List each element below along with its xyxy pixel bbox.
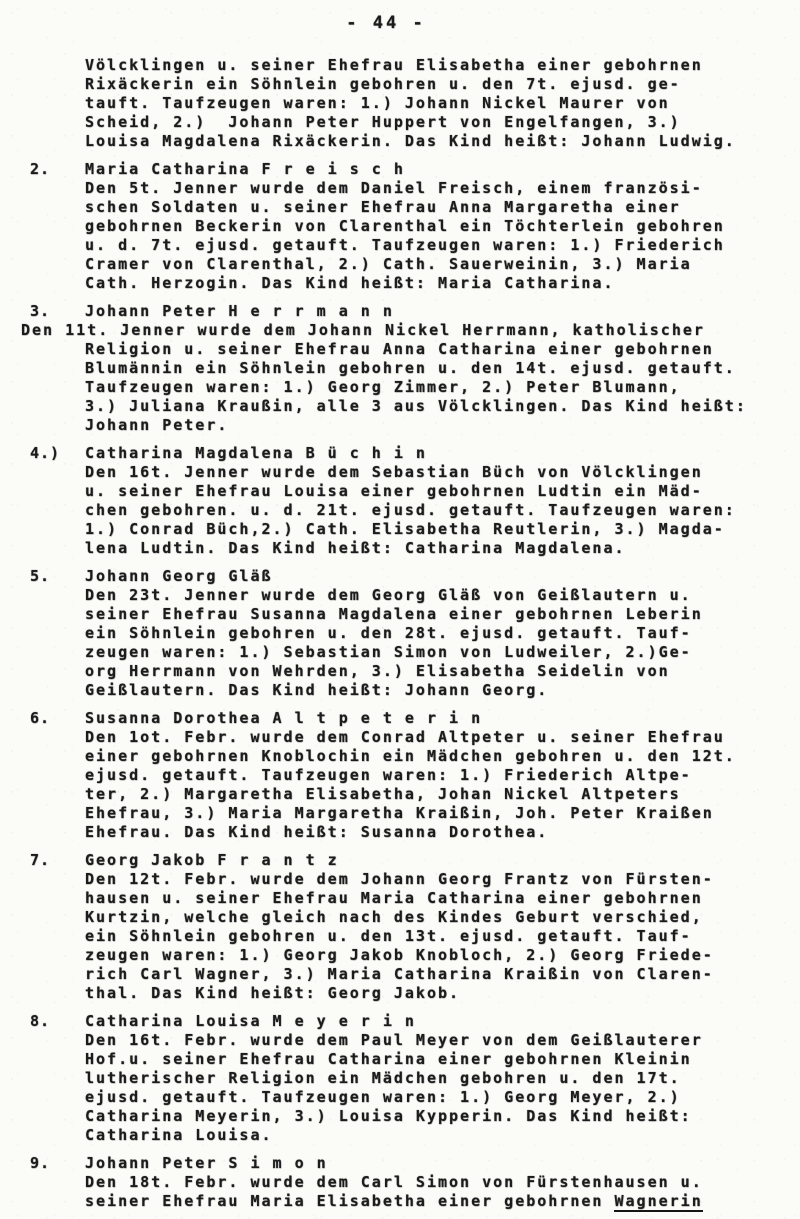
entry-title: Maria Catharina F r e i s c h [85,160,772,179]
baptism-entry-2: 2. Maria Catharina F r e i s c h Den 5t.… [30,160,772,293]
entry-title: Catharina Louisa M e y e r i n [85,1012,772,1031]
baptism-entry-7: 7. Georg Jakob F r a n t z Den 12t. Febr… [30,851,772,1003]
baptism-entry-3: 3. Johann Peter H e r r m a n n Den 11t.… [30,302,772,435]
entry-title: Georg Jakob F r a n t z [85,851,772,870]
entry-number: 2. [30,160,85,179]
scanned-document-page: - 44 - Völcklingen u. seiner Ehefrau Eli… [0,0,800,1219]
entry-title: Johann Georg Gläß [85,567,772,586]
continuation-text: Völcklingen u. seiner Ehefrau Elisabetha… [85,56,772,151]
baptism-entry-5: 5. Johann Georg Gläß Den 23t. Jenner wur… [30,567,772,700]
entry-number: 9. [30,1154,85,1173]
entry-title: Johann Peter H e r r m a n n [85,302,772,321]
entry-body: Den 11t. Jenner wurde dem Johann Nickel … [85,321,772,435]
entry-body: Den 12t. Febr. wurde dem Johann Georg Fr… [85,870,772,1003]
page-number: - 44 - [30,12,772,34]
entry-title: Johann Peter S i m o n [85,1154,772,1173]
entry-body: Den 23t. Jenner wurde dem Georg Gläß von… [85,586,772,700]
continuation-entry: Völcklingen u. seiner Ehefrau Elisabetha… [30,56,772,151]
entry-body: Den 16t. Jenner wurde dem Sebastian Büch… [85,463,772,558]
entry-title: Catharina Magdalena B ü c h i n [85,444,772,463]
underlined-surname: Wagnerin [614,1192,702,1212]
entry-number: 3. [30,302,85,321]
entry-body: Den 18t. Febr. wurde dem Carl Simon von … [85,1173,772,1211]
entry-body-text: Den 18t. Febr. wurde dem Carl Simon von … [85,1173,703,1210]
baptism-entry-6: 6. Susanna Dorothea A l t p e t e r i n … [30,709,772,842]
page-content: - 44 - Völcklingen u. seiner Ehefrau Eli… [0,0,800,1211]
baptism-entry-8: 8. Catharina Louisa M e y e r i n Den 16… [30,1012,772,1145]
baptism-entry-4: 4.) Catharina Magdalena B ü c h i n Den … [30,444,772,558]
entry-title: Susanna Dorothea A l t p e t e r i n [85,709,772,728]
entry-body: Den 16t. Febr. wurde dem Paul Meyer von … [85,1031,772,1145]
baptism-entry-9: 9. Johann Peter S i m o n Den 18t. Febr.… [30,1154,772,1211]
entry-number: 4.) [30,444,85,463]
entry-number: 8. [30,1012,85,1031]
entry-number: 5. [30,567,85,586]
entry-number: 6. [30,709,85,728]
entry-body: Den 1ot. Febr. wurde dem Conrad Altpeter… [85,728,772,842]
entry-body: Den 5t. Jenner wurde dem Daniel Freisch,… [85,179,772,293]
entry-number: 7. [30,851,85,870]
